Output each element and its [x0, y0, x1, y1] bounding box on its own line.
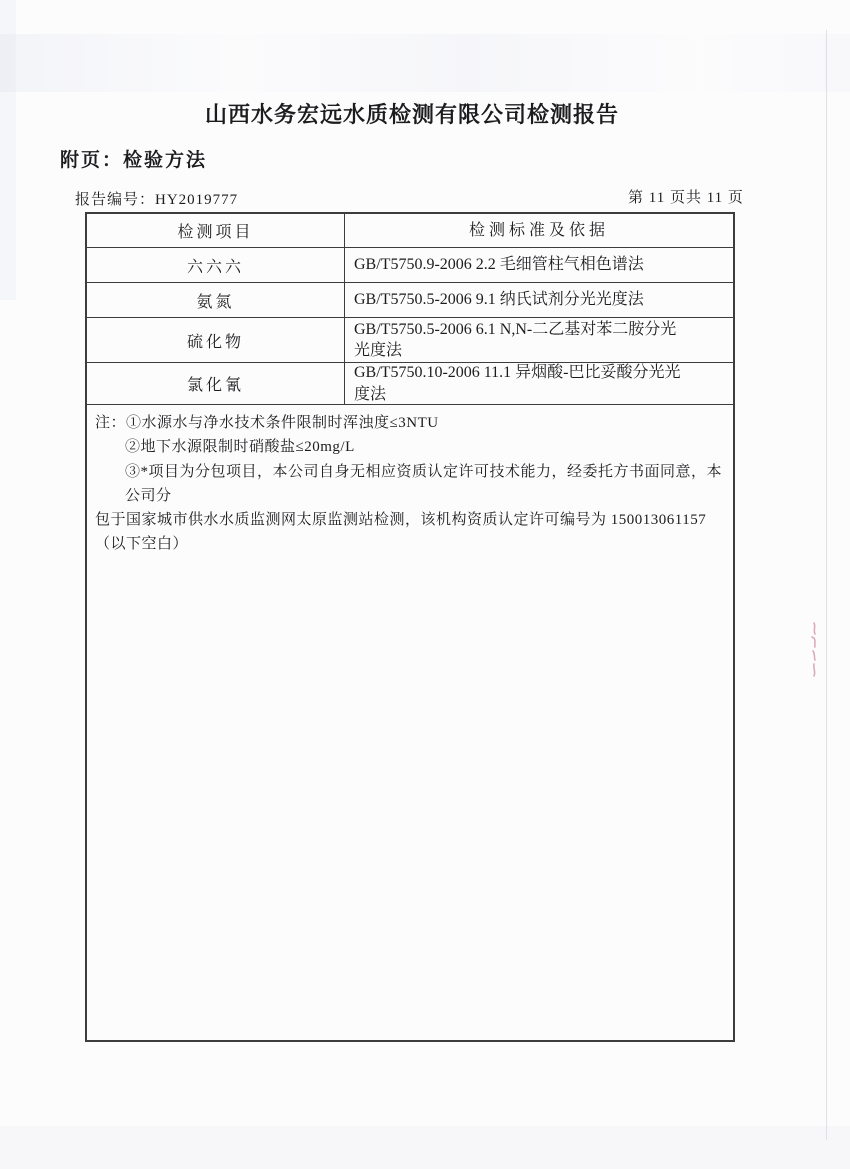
item-cell: 氨氮 — [87, 283, 345, 317]
col-header-item: 检测项目 — [87, 214, 345, 247]
report-number: 报告编号：HY2019777 — [75, 188, 238, 209]
method-line: 度法 — [354, 384, 709, 405]
methods-table: 检测项目 检测标准及依据 六六六 GB/T5750.9-2006 2.2 毛细管… — [85, 212, 735, 1042]
table-row: 六六六 GB/T5750.9-2006 2.2 毛细管柱气相色谱法 — [87, 247, 733, 282]
method-line: 光度法 — [354, 340, 709, 361]
note-line: ②地下水源限制时硝酸盐≤20mg/L — [95, 435, 723, 459]
table-row: 氯化氰 GB/T5750.10-2006 11.1 异烟酸-巴比妥酸分光光 度法 — [87, 362, 733, 404]
method-cell: GB/T5750.9-2006 2.2 毛细管柱气相色谱法 — [345, 248, 733, 282]
notes-block: 注：①水源水与净水技术条件限制时浑浊度≤3NTU ②地下水源限制时硝酸盐≤20m… — [87, 404, 733, 1040]
method-line: GB/T5750.5-2006 9.1 纳氏试剂分光光度法 — [354, 289, 709, 310]
note-line: （以下空白） — [95, 532, 723, 556]
item-cell: 硫化物 — [87, 318, 345, 362]
table-header-row: 检测项目 检测标准及依据 — [87, 214, 733, 247]
report-number-value: HY2019777 — [155, 192, 238, 208]
method-cell: GB/T5750.10-2006 11.1 异烟酸-巴比妥酸分光光 度法 — [345, 363, 733, 404]
item-cell: 六六六 — [87, 248, 345, 282]
appendix-heading: 附页：检验方法 — [60, 145, 207, 172]
page-indicator: 第 11 页共 11 页 — [628, 186, 744, 207]
table-row: 硫化物 GB/T5750.5-2006 6.1 N,N-二乙基对苯二胺分光 光度… — [87, 317, 733, 362]
method-cell: GB/T5750.5-2006 6.1 N,N-二乙基对苯二胺分光 光度法 — [345, 318, 733, 362]
report-page: 山西水务宏远水质检测有限公司检测报告 附页：检验方法 报告编号：HY201977… — [0, 0, 850, 1169]
method-cell: GB/T5750.5-2006 9.1 纳氏试剂分光光度法 — [345, 283, 733, 317]
note-line: 注：①水源水与净水技术条件限制时浑浊度≤3NTU — [95, 411, 723, 435]
method-line: GB/T5750.10-2006 11.1 异烟酸-巴比妥酸分光光 — [354, 362, 709, 383]
note-line: ③*项目为分包项目，本公司自身无相应资质认定许可技术能力，经委托方书面同意，本公… — [95, 460, 723, 509]
col-header-standard: 检测标准及依据 — [345, 214, 733, 247]
report-title: 山西水务宏远水质检测有限公司检测报告 — [0, 98, 824, 129]
page-edge-shadow — [826, 30, 827, 1140]
method-line: GB/T5750.5-2006 6.1 N,N-二乙基对苯二胺分光 — [354, 319, 709, 340]
method-line: GB/T5750.9-2006 2.2 毛细管柱气相色谱法 — [354, 254, 709, 275]
item-cell: 氯化氰 — [87, 363, 345, 404]
report-number-label: 报告编号： — [75, 192, 155, 208]
red-ink-mark — [808, 620, 822, 684]
scan-noise-bottom — [0, 1126, 850, 1169]
table-row: 氨氮 GB/T5750.5-2006 9.1 纳氏试剂分光光度法 — [87, 282, 733, 317]
scan-noise-left — [0, 0, 16, 300]
note-line: 包于国家城市供水水质监测网太原监测站检测，该机构资质认定许可编号为 150013… — [95, 508, 723, 532]
scan-noise-top — [0, 34, 850, 92]
